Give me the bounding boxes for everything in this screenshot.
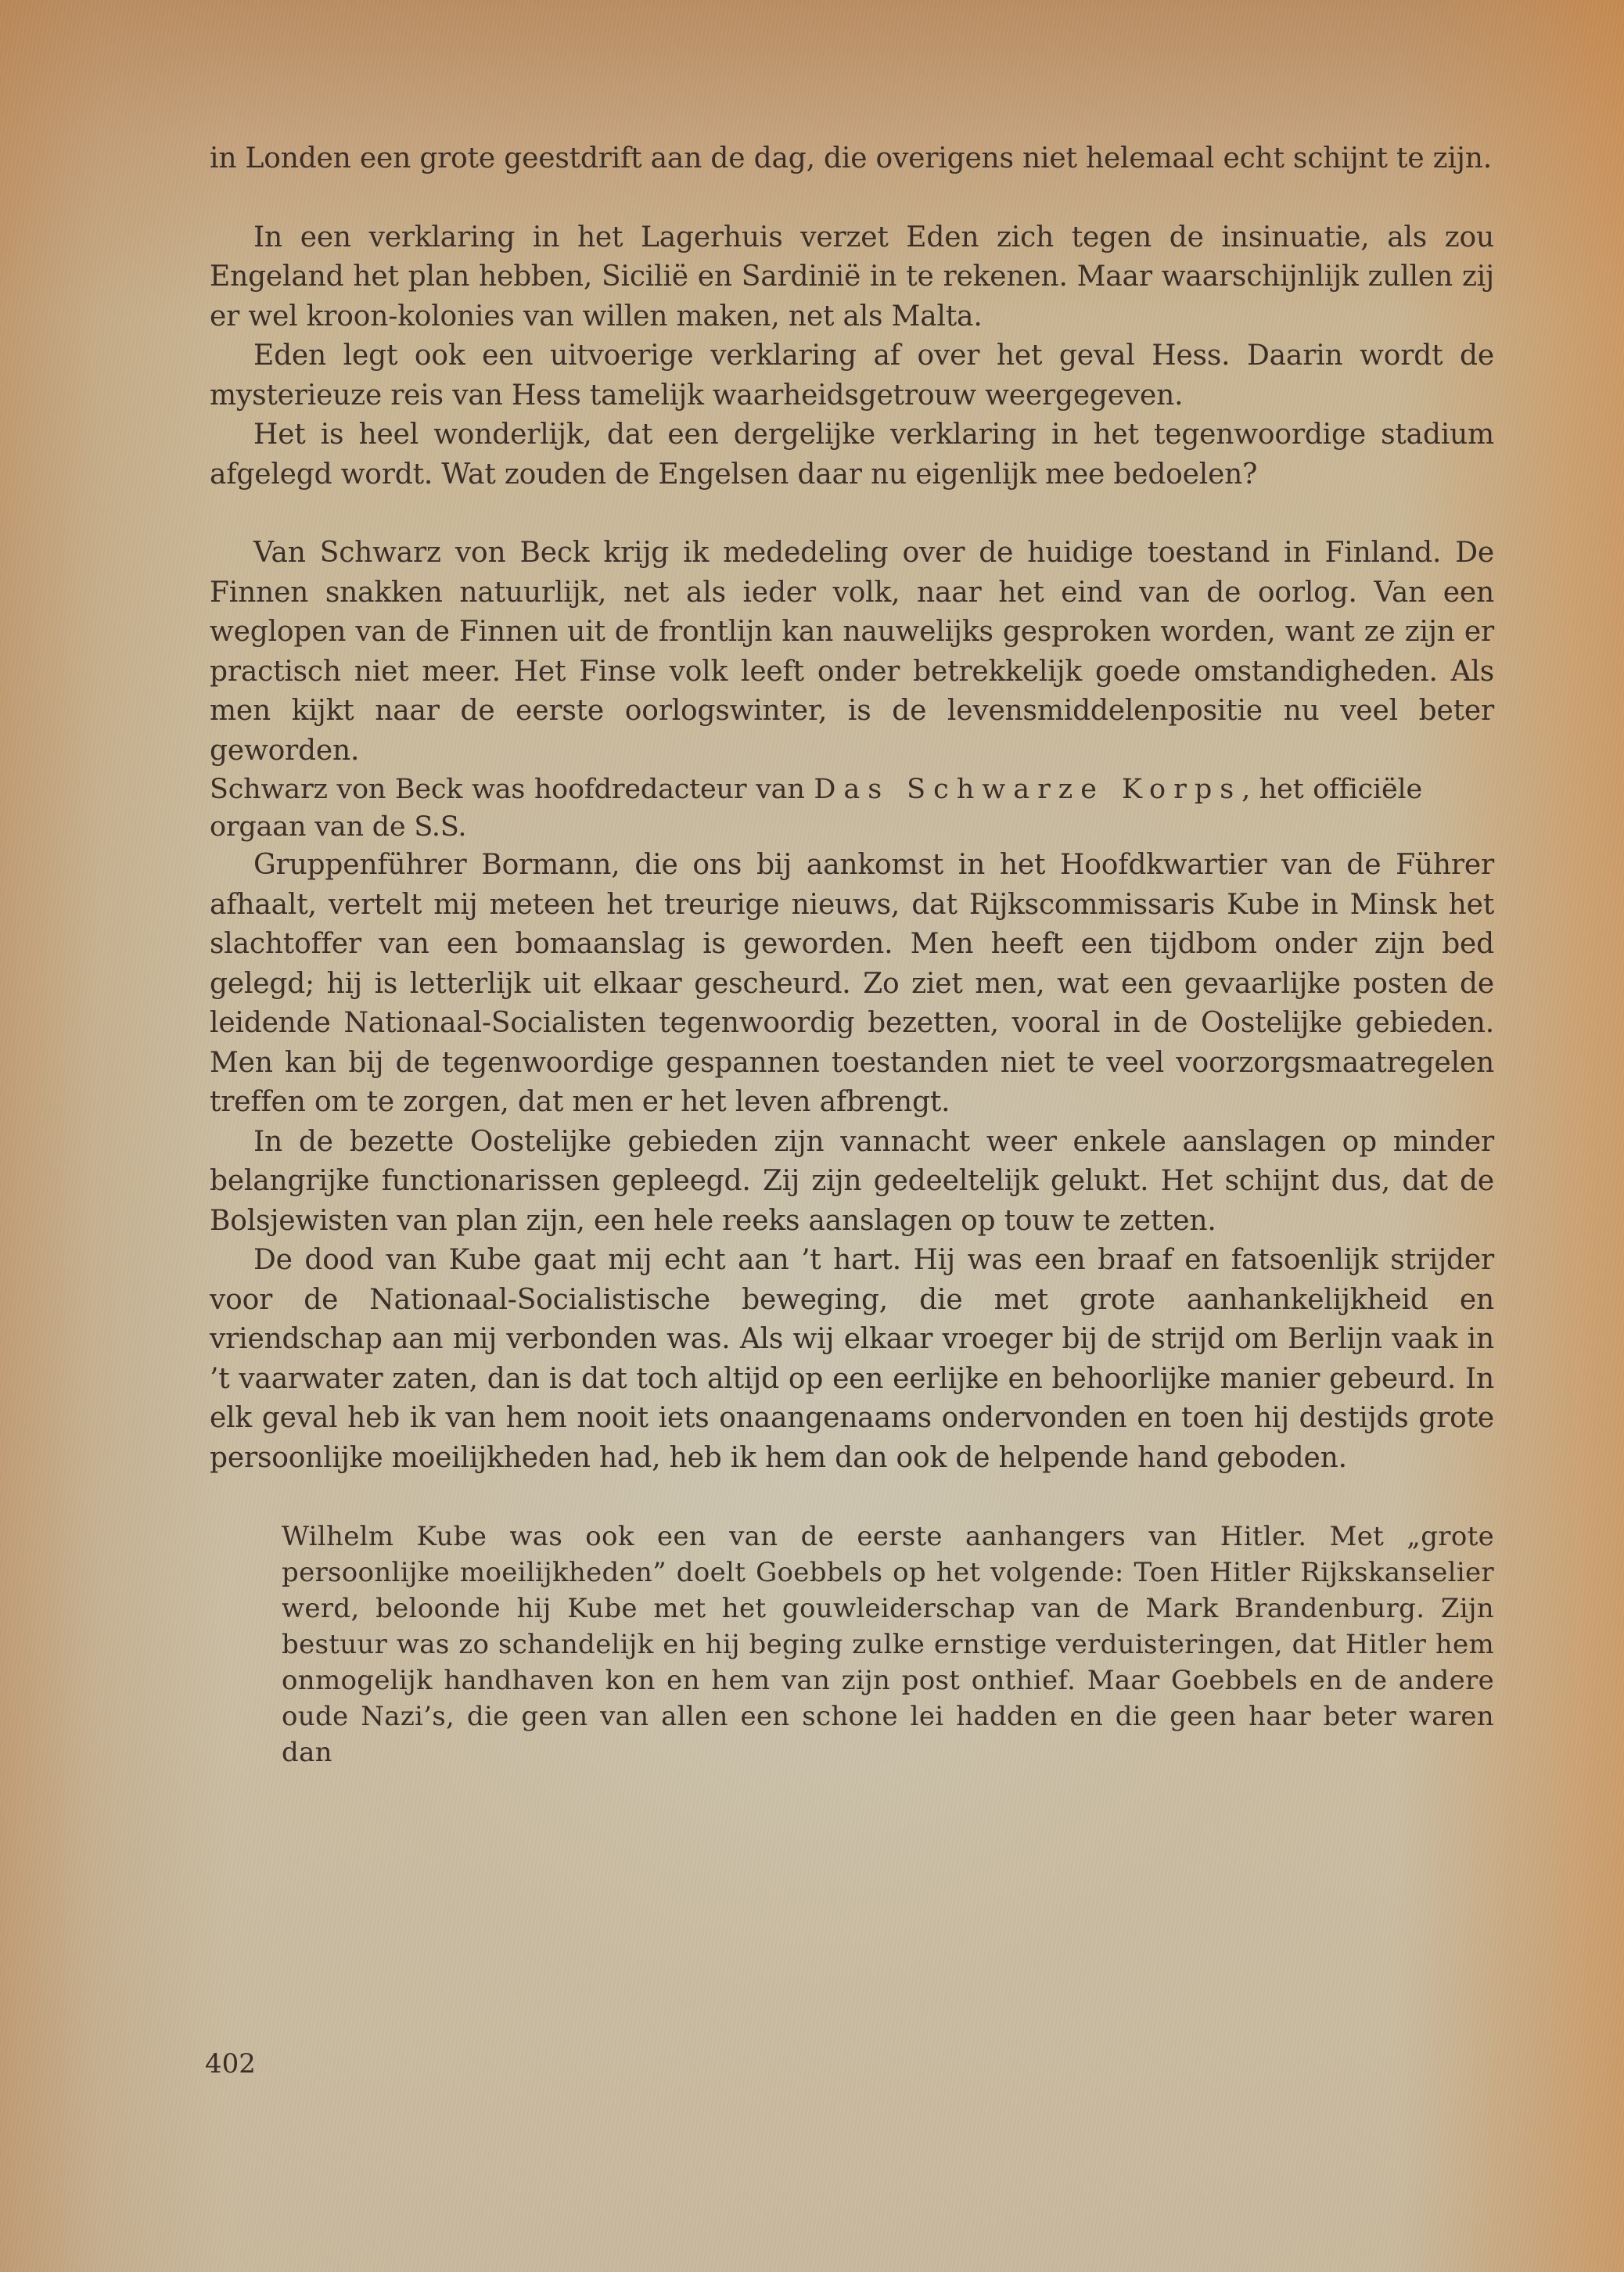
page-number: 402: [205, 2048, 256, 2080]
paragraph-wonderlijk: Het is heel wonderlijk, dat een dergelij…: [210, 415, 1494, 494]
book-page: in Londen een grote geestdrift aan de da…: [0, 0, 1624, 2272]
note-wilhelm-kube: Wilhelm Kube was ook een van de eerste a…: [282, 1519, 1494, 1771]
note-schwarz-von-beck: Schwarz von Beck was hoofdredacteur van …: [210, 771, 1422, 846]
paragraph-eden-hess: Eden legt ook een uitvoerige verklaring …: [210, 336, 1494, 415]
note-spaced-title: Das Schwarze Korps: [814, 774, 1241, 805]
paragraph-aanslagen: In de bezette Oostelijke gebieden zijn v…: [210, 1123, 1494, 1242]
page-text: in Londen een grote geestdrift aan de da…: [210, 139, 1494, 1771]
paragraph-finland: Van Schwarz von Beck krijg ik mededeling…: [210, 534, 1494, 771]
paragraph-bormann-kube: Gruppenführer Bormann, die ons bij aanko…: [210, 846, 1494, 1123]
paragraph-continuation: in Londen een grote geestdrift aan de da…: [210, 139, 1494, 179]
note-text-before: Schwarz von Beck was hoofdredacteur van: [210, 774, 814, 805]
paragraph-dood-kube: De dood van Kube gaat mij echt aan ’t ha…: [210, 1241, 1494, 1478]
paragraph-eden-lagerhuis: In een verklaring in het Lagerhuis verze…: [210, 218, 1494, 337]
